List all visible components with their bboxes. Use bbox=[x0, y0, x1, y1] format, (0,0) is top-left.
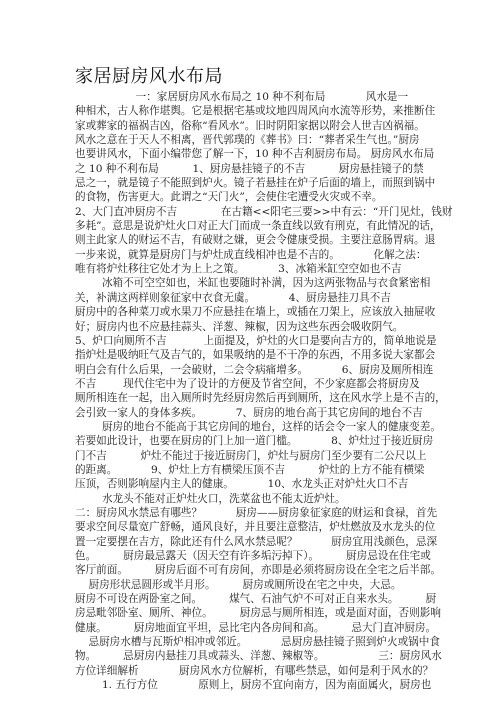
text-line: 风水之意在于天人不相离，晋代郭璞的《葬书》曰：“葬者采生气也。”厨房 bbox=[75, 133, 427, 147]
text-line: 方位详细解析 厨房风水方位解析，有哪些禁忌，如何是利于风水的？ bbox=[75, 664, 427, 678]
text-line: 明白会有什么后果，一会破财，二会令病痛增多。 6、厨房及厕所相连 bbox=[75, 363, 427, 377]
text-line: 若要如此设计，也要在厨房的门上加一道门槛。 8、炉灶过于接近厨房 bbox=[75, 434, 427, 448]
text-line: 一：家居厨房风水布局之 10 种不利布局 风水是一 bbox=[75, 90, 427, 104]
text-line: 要求空间尽量宽广舒畅，通风良好，并且要注意整洁，炉灶燃放及水龙头的位 bbox=[75, 520, 427, 534]
text-line: 5、炉口向厕所不吉 上面提及，炉灶的火口是要向吉方的，简单地说是 bbox=[75, 334, 427, 348]
text-line: 厨房形状忌圆形或半月形。 厨房或厕所设在宅之中央，大忌。 bbox=[75, 578, 427, 592]
text-line: 多耗”。意思是说炉灶火口对正大门而成一条直线以致有刑克，有此情况的话， bbox=[75, 219, 427, 233]
text-line: 唯有将炉灶移往它处才为上上之策。 3、冰箱米缸空空如也不吉 bbox=[75, 262, 427, 276]
text-line: 家或葬家的福祸吉凶，俗称“看风水”。旧时阴阳家据以附会人世吉凶祸福。 bbox=[75, 119, 427, 133]
text-line: 的距离。 9、炉灶上方有横梁压顶不吉 炉灶的上方不能有横梁 bbox=[75, 463, 427, 477]
text-line: 厨房的地台不能高于其它房间的地台，这样的话会令一家人的健康变差。 bbox=[75, 420, 427, 434]
text-line: 指炉灶是吸纳旺气及吉气的，如果吸纳的是不干净的东西，不用多说大家都会 bbox=[75, 348, 427, 362]
text-line: 厨房不可设在两卧室之间。 煤气、石油气炉不可对正自来水头。 厨 bbox=[75, 592, 427, 606]
text-line: 则主此家人的财运不吉，有破财之嫌，更会令健康受损。主要注意肠胃病。退 bbox=[75, 233, 427, 247]
text-line: 物。 忌厨房内悬挂刀具或蒜头、洋葱、辣椒等。 三：厨房风水 bbox=[75, 649, 427, 663]
text-line: 的食物，伤害更大。此谓之“天门火”，会使住宅遭受火灾或不幸。 bbox=[75, 190, 427, 204]
text-line: 会引致一家人的身体多疾。 7、厨房的地台高于其它房间的地台不吉 bbox=[75, 406, 427, 420]
text-line: 水龙头不能对正炉灶火口，洗菜盆也不能太近炉灶。 bbox=[75, 492, 427, 506]
text-line: 客厅前面。 厨房后面不可有房间，亦即是必须将厨房设在全宅之后半部。 bbox=[75, 563, 427, 577]
text-line: 厕所相连在一起，出入厕所时先经厨房然后再到厕所，这在风水学上是不吉的， bbox=[75, 391, 427, 405]
text-line: 不吉 现代住宅中为了设计的方便及节省空间，不少家庭都会将厨房及 bbox=[75, 377, 427, 391]
document-body: 一：家居厨房风水布局之 10 种不利布局 风水是一种相术，古人称作堪舆。它是根据… bbox=[75, 90, 427, 692]
text-line: 关，补满这两样则象征家中衣食无虞。 4、厨房悬挂刀具不吉 bbox=[75, 291, 427, 305]
text-line: 之 10 种不利布局 1、厨房悬挂镜子的不吉 厨房悬挂镜子的禁 bbox=[75, 162, 427, 176]
text-line: 置一定要摆在吉方，除此还有什么风水禁忌呢？ 厨房宜用浅颜色，忌深 bbox=[75, 535, 427, 549]
text-line: 色。 厨房最忌露天（因天空有许多垢污掉下）。 厨房忌设在住宅或 bbox=[75, 549, 427, 563]
text-line: 厨房中的各种菜刀或水果刀不应悬挂在墙上，或插在刀架上，应该放入抽屉收 bbox=[75, 305, 427, 319]
text-line: 房忌毗邻卧室、厕所、神位。 厨房忌与厕所相连，或是面对面，否则影响 bbox=[75, 606, 427, 620]
text-line: 门不吉 炉灶不能过于接近厨房门，炉灶与厨房门至少要有二公尺以上 bbox=[75, 449, 427, 463]
text-line: 一步来说，就算是厨房门与炉灶成直线相冲也是不吉的。 化解之法： bbox=[75, 248, 427, 262]
text-line: 忌之一，就是镜子不能照到炉火。镜子若悬挂在炉子后面的墙上，而照到锅中 bbox=[75, 176, 427, 190]
document-page: 家居厨房风水布局 一：家居厨房风水布局之 10 种不利布局 风水是一种相术，古人… bbox=[0, 0, 500, 708]
text-line: 种相术，古人称作堪舆。它是根据宅基或坟地四周风向水流等形势，来推断住 bbox=[75, 104, 427, 118]
text-line: 也要讲风水，下面小编带您了解一下，10 种不吉利厨房布局。 厨房风水布局 bbox=[75, 147, 427, 161]
text-line: 压顶，否则影响屋内主人的健康。 10、水龙头正对炉灶火口不吉 bbox=[75, 477, 427, 491]
document-title: 家居厨房风水布局 bbox=[75, 62, 223, 88]
text-line: 健康。 厨房地面宜平坦，忌比宅内各房间和高。 忌大门直冲厨房。 bbox=[75, 621, 427, 635]
text-line: 忌厨房水槽与瓦斯炉相冲或邻近。 忌厨房悬挂镜子照到炉火或锅中食 bbox=[75, 635, 427, 649]
text-line: 2、大门直冲厨房不吉 在古籍<<阳宅三要>>中有云：“开门见灶，钱财 bbox=[75, 205, 427, 219]
text-line: 冰箱不可空空如也，米缸也要随时补满，因为这两张物品与衣食紧密相 bbox=[75, 276, 427, 290]
text-line: 1. 五行方位 原则上，厨房不宜向南方，因为南面属火，厨房也 bbox=[75, 678, 427, 692]
text-line: 二：厨房风水禁忌有哪些？ 厨房——厨房象征家庭的财运和食禄，首先 bbox=[75, 506, 427, 520]
text-line: 好；厨房内也不应悬挂蒜头、洋葱、辣椒，因为这些东西会吸收阴气。 bbox=[75, 320, 427, 334]
